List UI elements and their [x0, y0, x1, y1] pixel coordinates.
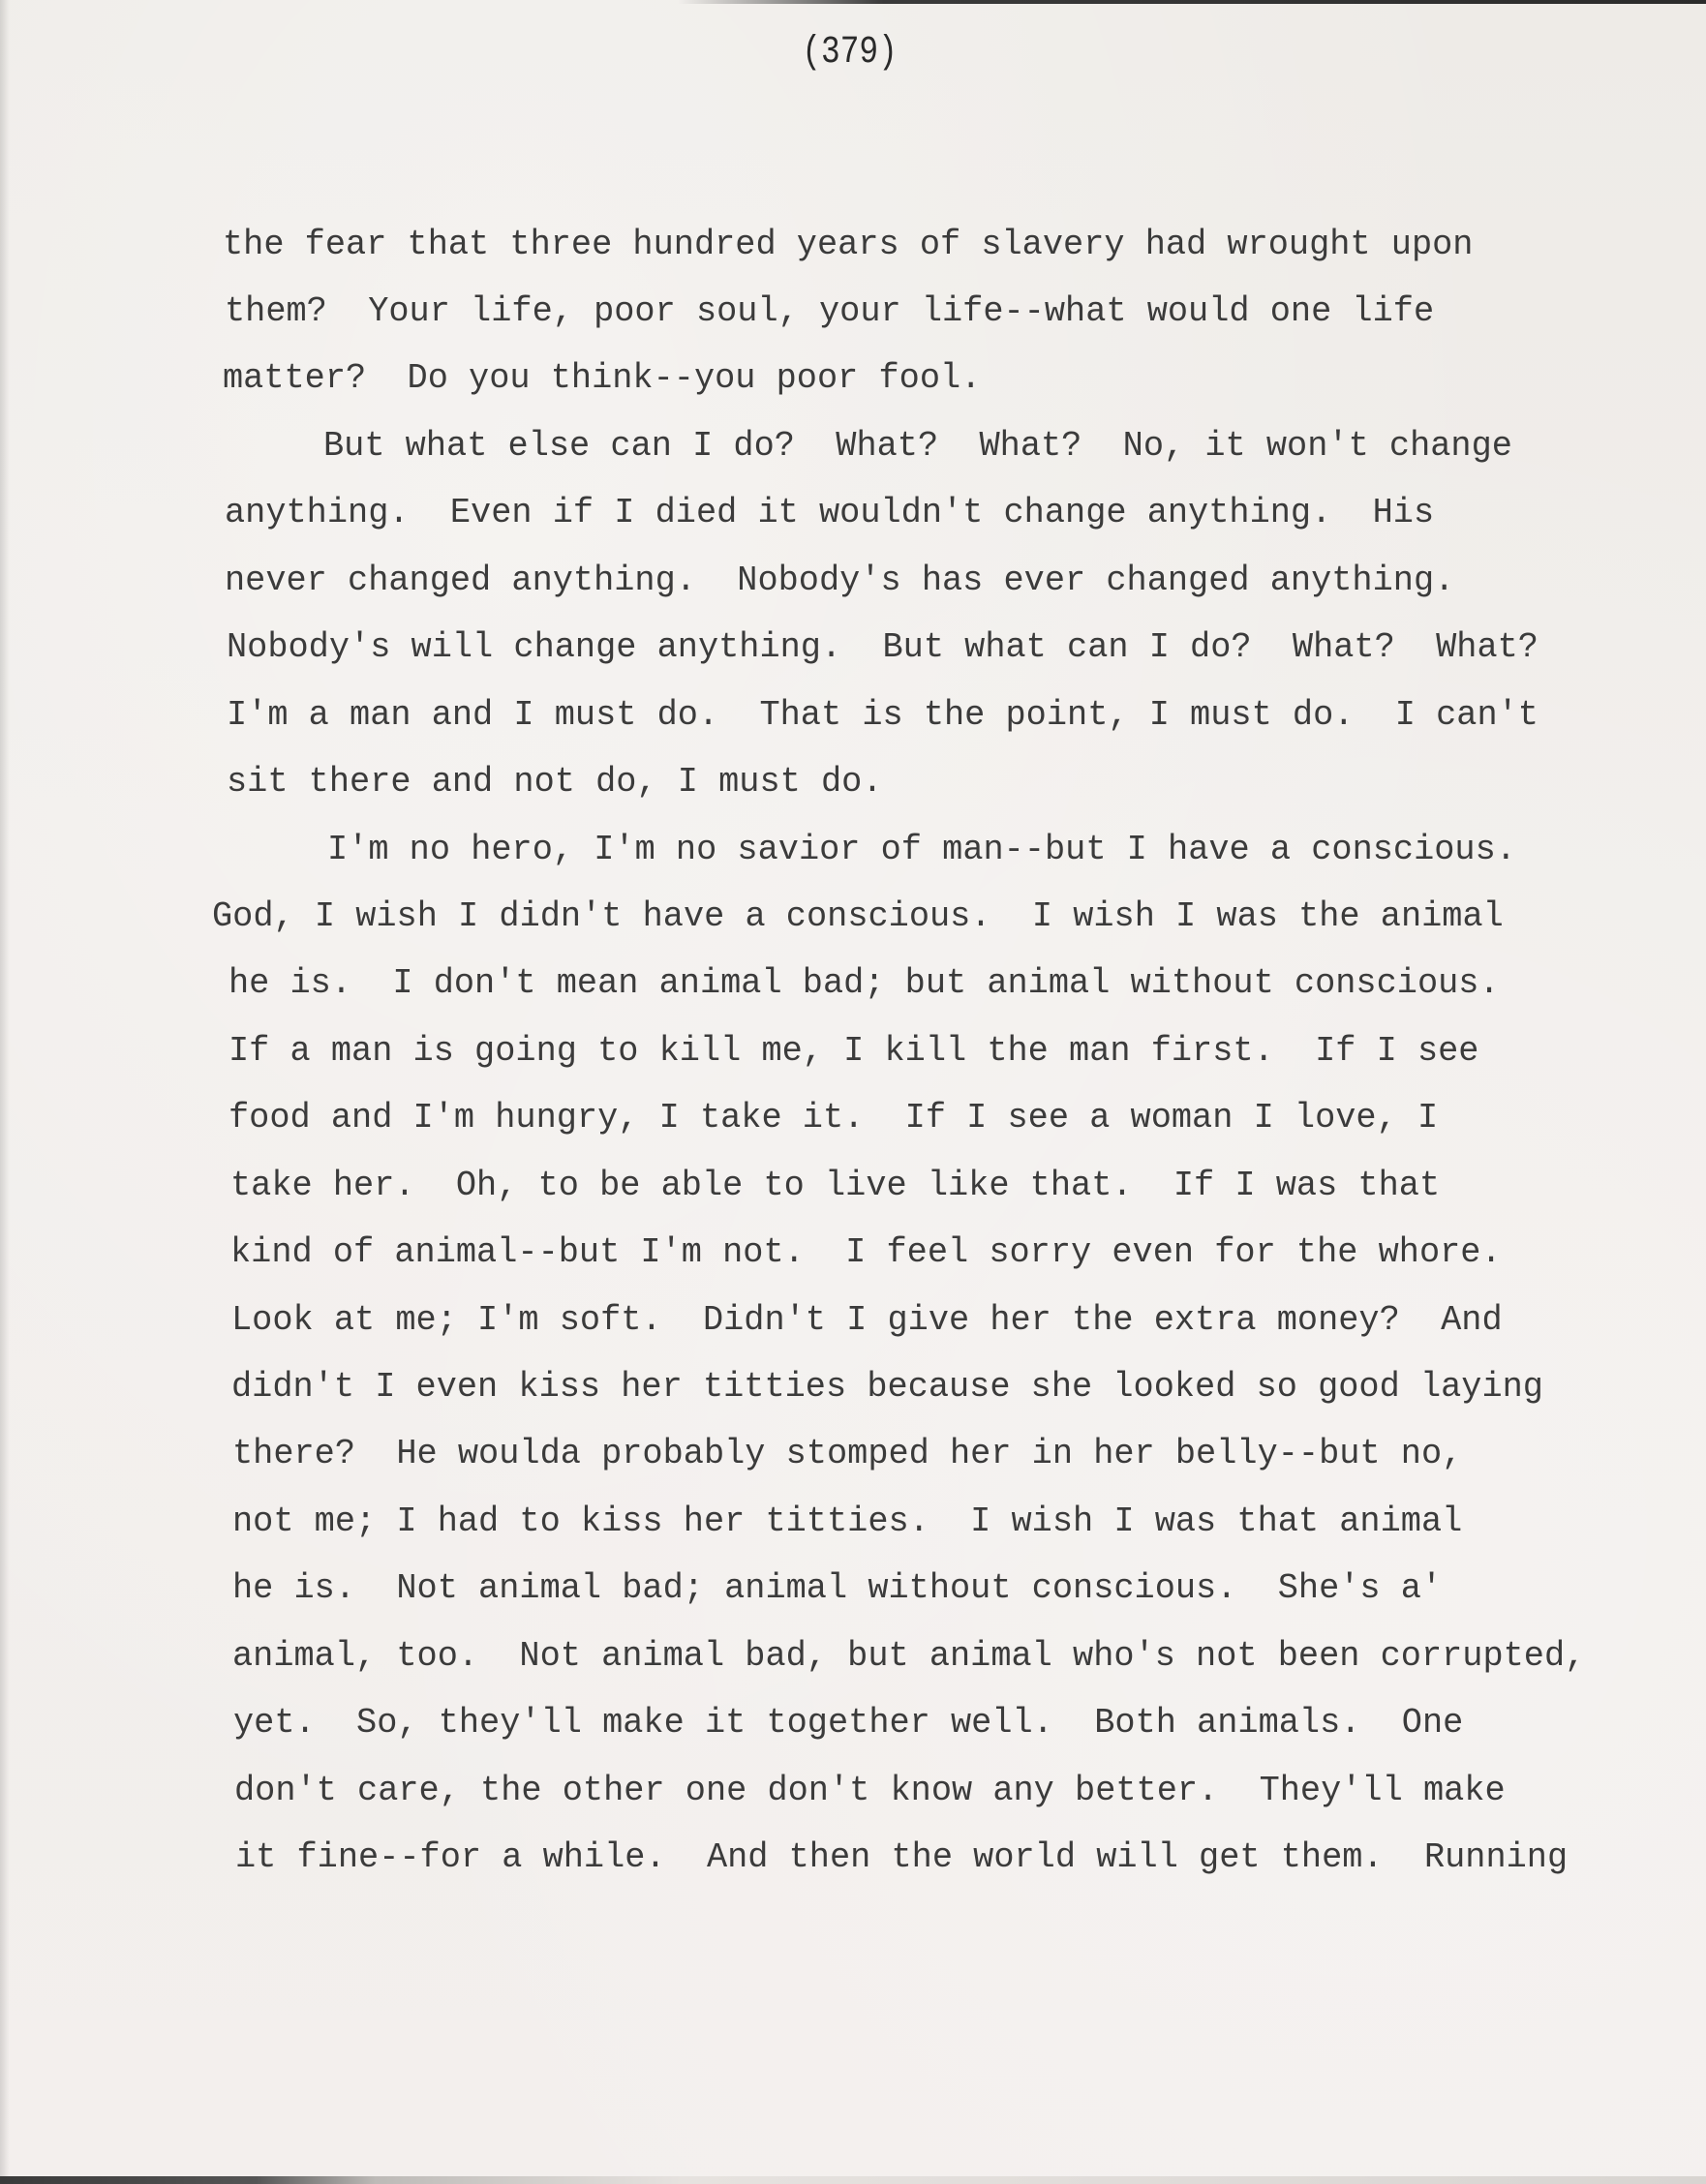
page-top-edge — [678, 0, 1706, 4]
text-line: take her. Oh, to be able to live like th… — [230, 1167, 1440, 1205]
text-line: animal, too. Not animal bad, but animal … — [232, 1637, 1585, 1676]
text-line: he is. I don't mean animal bad; but anim… — [228, 964, 1500, 1003]
text-line: I'm a man and I must do. That is the poi… — [227, 696, 1538, 735]
typewritten-page: (379) the fear that three hundred years … — [0, 0, 1706, 2184]
text-line: yet. So, they'll make it together well. … — [233, 1704, 1463, 1743]
text-line: there? He woulda probably stomped her in… — [232, 1435, 1462, 1473]
text-line: kind of animal--but I'm not. I feel sorr… — [230, 1233, 1502, 1272]
text-line: them? Your life, poor soul, your life--w… — [225, 292, 1434, 331]
text-line: never changed anything. Nobody's has eve… — [225, 561, 1454, 600]
text-line: it fine--for a while. And then the world… — [235, 1838, 1568, 1877]
text-line: the fear that three hundred years of sla… — [223, 226, 1473, 264]
text-line: don't care, the other one don't know any… — [234, 1772, 1506, 1810]
text-line: not me; I had to kiss her titties. I wis… — [232, 1502, 1462, 1541]
text-line: God, I wish I didn't have a conscious. I… — [212, 897, 1504, 936]
text-line: matter? Do you think--you poor fool. — [223, 359, 981, 398]
text-line: food and I'm hungry, I take it. If I see… — [228, 1099, 1438, 1137]
text-line: If a man is going to kill me, I kill the… — [228, 1032, 1478, 1071]
text-line: I'm no hero, I'm no savior of man--but I… — [327, 831, 1516, 869]
text-line: anything. Even if I died it wouldn't cha… — [225, 494, 1434, 532]
text-line: didn't I even kiss her titties because s… — [231, 1368, 1543, 1407]
page-bottom-edge — [0, 2176, 1706, 2184]
text-line: Nobody's will change anything. But what … — [227, 628, 1538, 667]
page-number: (379) — [150, 29, 1549, 77]
text-line: Look at me; I'm soft. Didn't I give her … — [231, 1301, 1503, 1340]
page-edge-shadow — [0, 0, 10, 2184]
text-line: But what else can I do? What? What? No, … — [323, 427, 1512, 466]
text-line: he is. Not animal bad; animal without co… — [232, 1569, 1442, 1608]
text-line: sit there and not do, I must do. — [227, 763, 882, 802]
